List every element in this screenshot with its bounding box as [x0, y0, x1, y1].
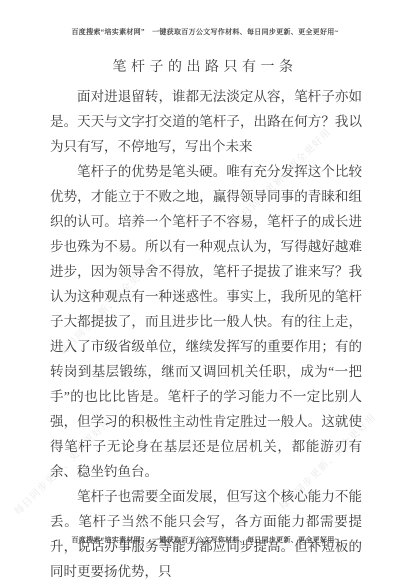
- document-page: 百度搜索“培实素材网” 一键获取百万公文写作材料、每日同步更新、更全更好用~ 笔…: [0, 0, 410, 580]
- document-title: 笔杆子的出路只有一条: [0, 56, 410, 76]
- header-promo-text: 百度搜索“培实素材网” 一键获取百万公文写作材料、每日同步更新、更全更好用~: [0, 27, 410, 37]
- paragraph: 面对进退留转，谁都无法淡定从容，笔杆子亦如是。天天与文字打交道的笔杆子，出路在何…: [50, 84, 362, 159]
- document-body: 面对进退留转，谁都无法淡定从容，笔杆子亦如是。天天与文字打交道的笔杆子，出路在何…: [50, 84, 362, 580]
- paragraph: 笔杆子也需要全面发展，但写这个核心能力不能丢。笔杆子当然不能只会写，各方面能力都…: [50, 484, 362, 580]
- paragraph: 笔杆子的优势是笔头硬。唯有充分发挥这个比较优势，才能立于不败之地，赢得领导同事的…: [50, 159, 362, 484]
- footer-promo-text: 百度搜索“培实素材网” 一键获取百万公文写作材料、每日同步更新、更全更好用~: [0, 535, 410, 545]
